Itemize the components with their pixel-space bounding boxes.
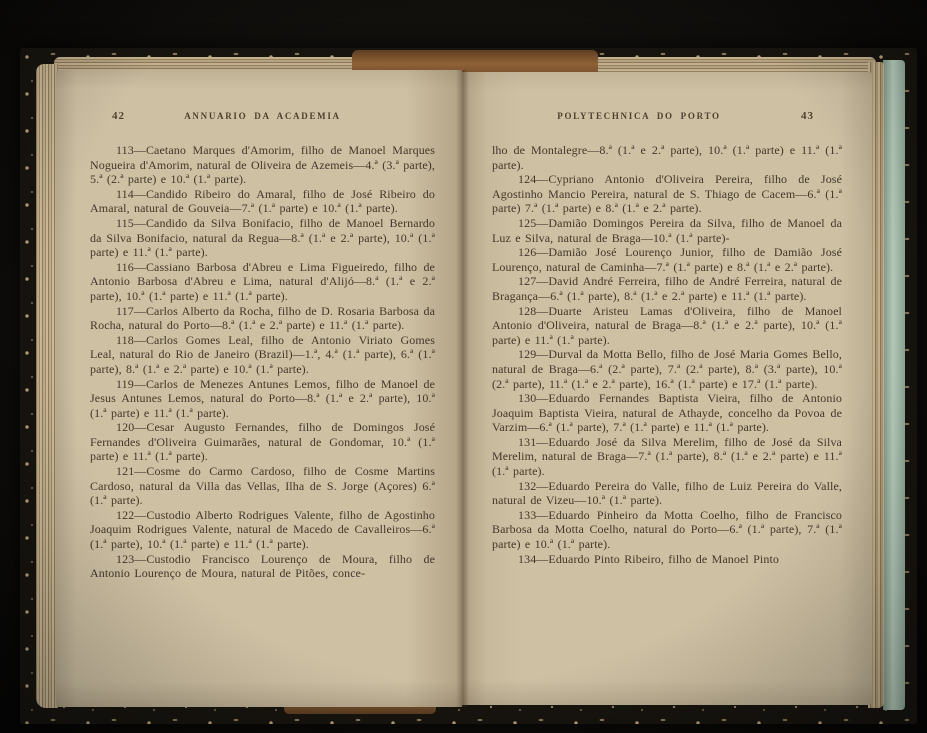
page-number-right: 43 [756,110,842,122]
register-entry-130: 130—Eduardo Fernandes Baptista Vieira, f… [492,391,842,435]
register-entry-134: 134—Eduardo Pinto Ribeiro, filho de Mano… [492,552,842,567]
right-page: POLYTECHNICA DO PORTO 43 lho de Montaleg… [462,72,872,705]
cover-fore-edge-cloth [883,60,905,710]
running-title-right: POLYTECHNICA DO PORTO [522,111,756,121]
page-number-left: 42 [90,110,148,122]
register-entry-129: 129—Durval da Motta Bello, filho de José… [492,347,842,391]
register-entry-126: 126—Damião José Lourenço Junior, filho d… [492,245,842,274]
register-entry-127: 127—David André Ferreira, filho de André… [492,274,842,303]
register-entry-114: 114—Candido Ribeiro do Amaral, filho de … [90,187,435,216]
book-photo: 42 ANNUARIO DA ACADEMIA 113—Caetano Marq… [0,0,927,733]
register-entry-118: 118—Carlos Gomes Leal, filho de Antonio … [90,333,435,377]
register-entry-115: 115—Candido da Silva Bonifacio, filho de… [90,216,435,260]
left-page: 42 ANNUARIO DA ACADEMIA 113—Caetano Marq… [56,70,462,707]
register-entry-124: 124—Cypriano Antonio d'Oliveira Pereira,… [492,172,842,216]
register-entry-119: 119—Carlos de Menezes Antunes Lemos, fil… [90,377,435,421]
register-entry-131: 131—Eduardo José da Silva Merelim, filho… [492,435,842,479]
register-entry-113: 113—Caetano Marques d'Amorim, filho de M… [90,143,435,187]
register-entry-120: 120—Cesar Augusto Fernandes, filho de Do… [90,420,435,464]
register-entry-122: 122—Custodio Alberto Rodrigues Valente, … [90,508,435,552]
left-running-head: 42 ANNUARIO DA ACADEMIA [90,110,435,122]
register-entry-121: 121—Cosme do Carmo Cardoso, filho de Cos… [90,464,435,508]
register-entry-116: 116—Cassiano Barbosa d'Abreu e Lima Figu… [90,260,435,304]
page-stack-edges-left [36,64,58,708]
running-title-left: ANNUARIO DA ACADEMIA [148,111,377,121]
register-entry-123: 123—Custodio Francisco Lourenço de Moura… [90,552,435,581]
register-entry-132: 132—Eduardo Pereira do Valle, filho de L… [492,479,842,508]
register-entry-117: 117—Carlos Alberto da Rocha, filho de D.… [90,304,435,333]
register-entry-128: 128—Duarte Aristeu Lamas d'Oliveira, fil… [492,304,842,348]
right-entry-list: 124—Cypriano Antonio d'Oliveira Pereira,… [492,172,842,566]
right-running-head: POLYTECHNICA DO PORTO 43 [492,110,842,122]
entry-continuation: lho de Montalegre—8.ª (1.ª e 2.ª parte),… [492,143,842,172]
right-page-entries: lho de Montalegre—8.ª (1.ª e 2.ª parte),… [492,143,842,566]
register-entry-125: 125—Damião Domingos Pereira da Silva, fi… [492,216,842,245]
left-page-entries: 113—Caetano Marques d'Amorim, filho de M… [90,143,435,581]
register-entry-133: 133—Eduardo Pinheiro da Motta Coelho, fi… [492,508,842,552]
